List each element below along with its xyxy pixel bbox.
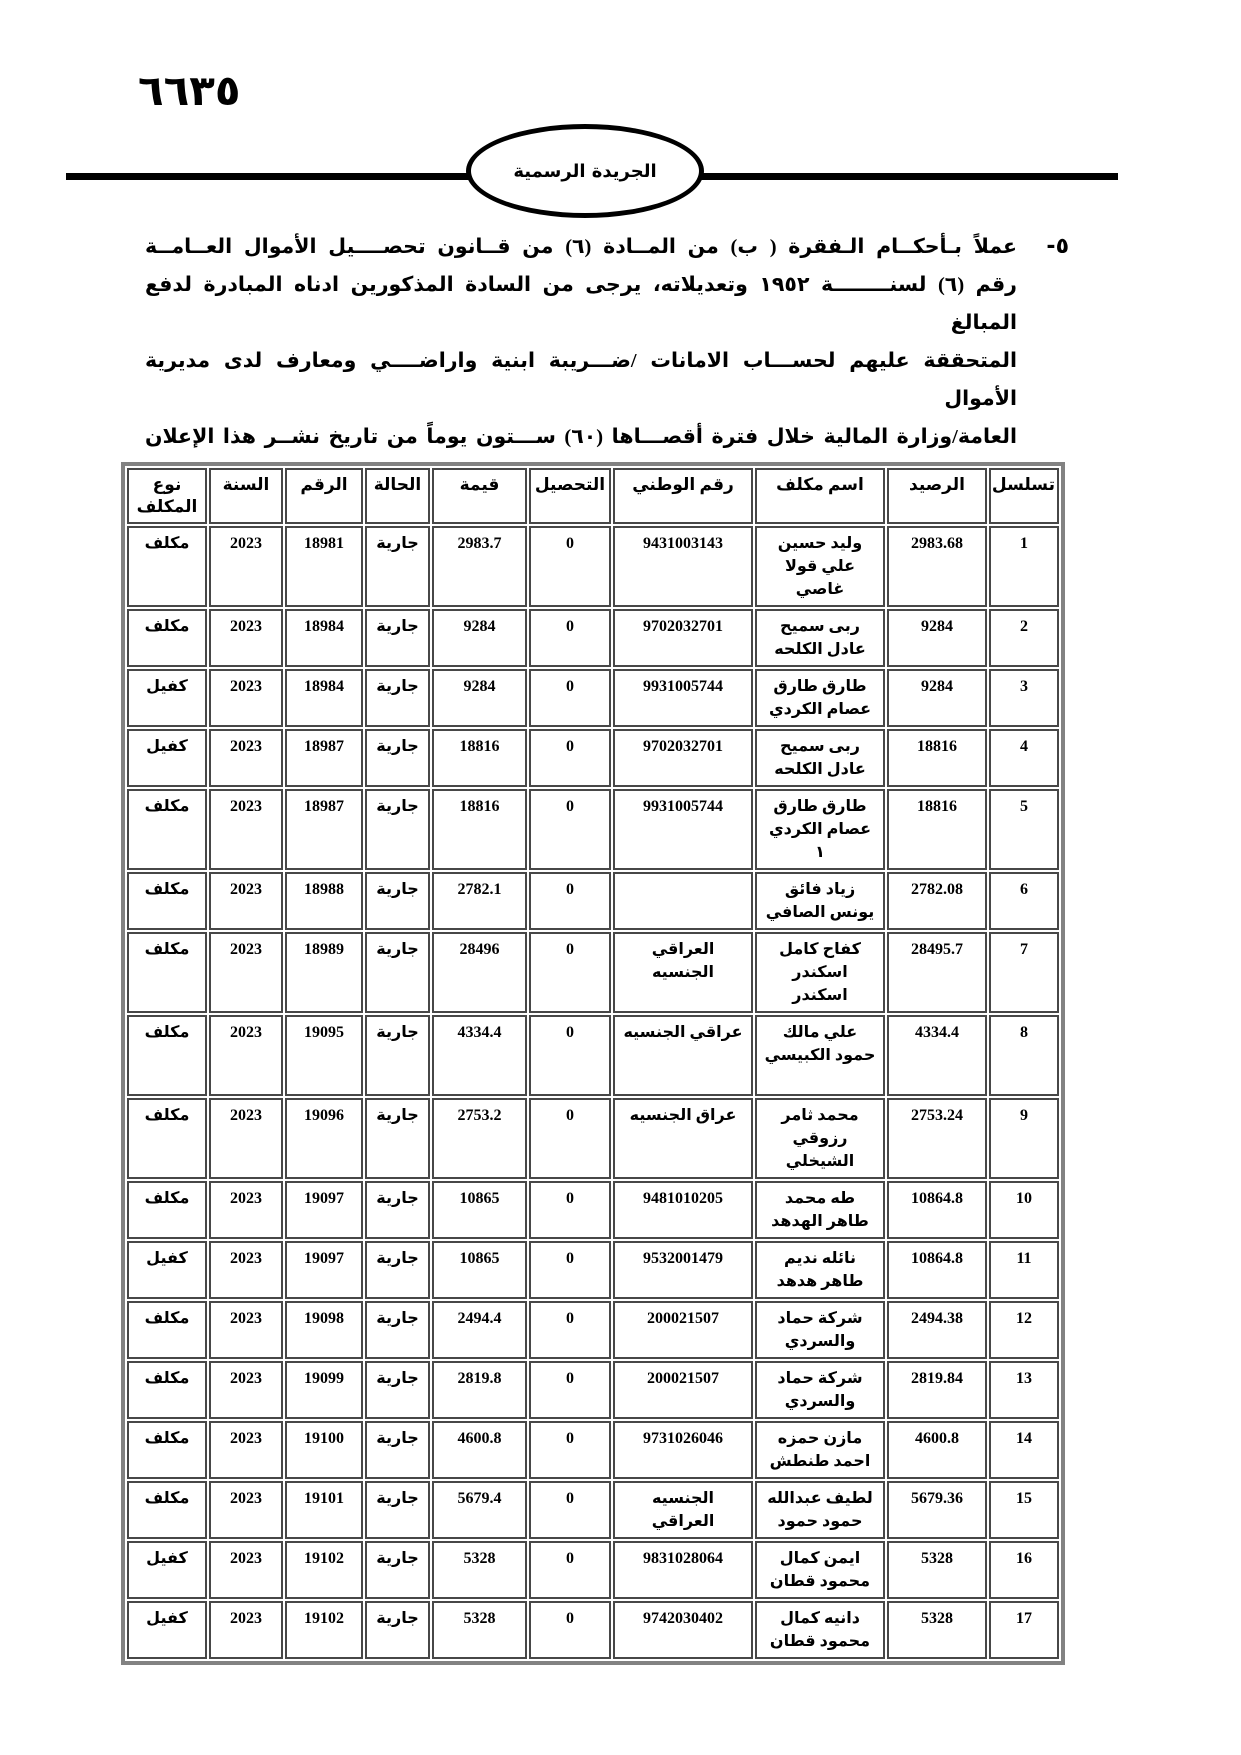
- cell-value: 4600.8: [432, 1421, 527, 1479]
- cell-serial: 5: [989, 789, 1059, 870]
- table-row: 518816طارق طارق عصام الكردي ١99310057440…: [127, 789, 1059, 870]
- cell-collection: 0: [529, 789, 611, 870]
- table-row: 418816ربى سميح عادل الكلحه97020327010188…: [127, 729, 1059, 787]
- cell-balance: 5328: [887, 1601, 987, 1659]
- cell-collection: 0: [529, 1601, 611, 1659]
- cell-national-id: 9481010205: [613, 1181, 753, 1239]
- cell-serial: 4: [989, 729, 1059, 787]
- cell-year: 2023: [209, 1541, 283, 1599]
- cell-number: 19099: [285, 1361, 363, 1419]
- cell-type: كفيل: [127, 729, 207, 787]
- cell-name: شركة حماد والسردي: [755, 1301, 885, 1359]
- cell-name: شركة حماد والسردي: [755, 1361, 885, 1419]
- cell-year: 2023: [209, 1421, 283, 1479]
- cell-type: كفيل: [127, 1601, 207, 1659]
- cell-type: مكلف: [127, 526, 207, 607]
- table-row: 62782.08زياد فائق يونس الصافي02782.1جاري…: [127, 872, 1059, 930]
- table-row: 728495.7كفاح كامل اسكندر اسكندرالعراقي ا…: [127, 932, 1059, 1013]
- cell-serial: 13: [989, 1361, 1059, 1419]
- table-row: 29284ربى سميح عادل الكلحه970203270109284…: [127, 609, 1059, 667]
- gazette-page: ٦٦٣٥ الجريدة الرسمية ٥- عملاً بـأحكــام …: [0, 0, 1241, 1755]
- cell-type: كفيل: [127, 669, 207, 727]
- cell-year: 2023: [209, 1481, 283, 1539]
- cell-name: طارق طارق عصام الكردي: [755, 669, 885, 727]
- cell-name: علي مالك حمود الكبيسي: [755, 1015, 885, 1096]
- table-row: 1110864.8نائله نديم طاهر هدهد95320014790…: [127, 1241, 1059, 1299]
- notice-line: رقم (٦) لسنــــــــة ١٩٥٢ وتعديلاته، يرج…: [145, 266, 1017, 342]
- cell-name: مازن حمزه احمد طنطش: [755, 1421, 885, 1479]
- cell-year: 2023: [209, 1601, 283, 1659]
- cell-year: 2023: [209, 526, 283, 607]
- cell-status: جارية: [365, 872, 430, 930]
- cell-value: 2819.8: [432, 1361, 527, 1419]
- gazette-title: الجريدة الرسمية: [513, 161, 656, 182]
- gazette-title-oval: الجريدة الرسمية: [466, 124, 704, 218]
- cell-number: 19097: [285, 1241, 363, 1299]
- cell-serial: 17: [989, 1601, 1059, 1659]
- cell-name: ربى سميح عادل الكلحه: [755, 609, 885, 667]
- cell-serial: 9: [989, 1098, 1059, 1179]
- cell-national-id: عراق الجنسيه: [613, 1098, 753, 1179]
- cell-number: 19097: [285, 1181, 363, 1239]
- cell-type: مكلف: [127, 1481, 207, 1539]
- cell-status: جارية: [365, 729, 430, 787]
- cell-serial: 10: [989, 1181, 1059, 1239]
- cell-collection: 0: [529, 1241, 611, 1299]
- cell-name: وليد حسين علي قولا غاصي: [755, 526, 885, 607]
- cell-serial: 14: [989, 1421, 1059, 1479]
- cell-serial: 8: [989, 1015, 1059, 1096]
- cell-collection: 0: [529, 932, 611, 1013]
- cell-national-id: 9931005744: [613, 789, 753, 870]
- cell-number: 18981: [285, 526, 363, 607]
- cell-status: جارية: [365, 669, 430, 727]
- cell-national-id: 9831028064: [613, 1541, 753, 1599]
- cell-serial: 3: [989, 669, 1059, 727]
- cell-balance: 9284: [887, 669, 987, 727]
- cell-type: كفيل: [127, 1241, 207, 1299]
- cell-status: جارية: [365, 1601, 430, 1659]
- cell-number: 18988: [285, 872, 363, 930]
- cell-national-id: 9742030402: [613, 1601, 753, 1659]
- cell-number: 18987: [285, 789, 363, 870]
- cell-type: مكلف: [127, 1015, 207, 1096]
- cell-balance: 2782.08: [887, 872, 987, 930]
- table-row: 92753.24محمد ثامر رزوقي الشيخليعراق الجن…: [127, 1098, 1059, 1179]
- cell-national-id: 9702032701: [613, 729, 753, 787]
- cell-status: جارية: [365, 1015, 430, 1096]
- table-row: 1010864.8طه محمد طاهر الهدهد948101020501…: [127, 1181, 1059, 1239]
- table-row: 84334.4علي مالك حمود الكبيسي عراقي الجنس…: [127, 1015, 1059, 1096]
- cell-balance: 2819.84: [887, 1361, 987, 1419]
- cell-serial: 6: [989, 872, 1059, 930]
- cell-number: 19098: [285, 1301, 363, 1359]
- cell-value: 2983.7: [432, 526, 527, 607]
- cell-value: 2494.4: [432, 1301, 527, 1359]
- table-row: 39284طارق طارق عصام الكردي99310057440928…: [127, 669, 1059, 727]
- cell-year: 2023: [209, 1361, 283, 1419]
- cell-collection: 0: [529, 1421, 611, 1479]
- cell-type: مكلف: [127, 1361, 207, 1419]
- cell-serial: 2: [989, 609, 1059, 667]
- cell-national-id: [613, 872, 753, 930]
- cell-value: 5679.4: [432, 1481, 527, 1539]
- cell-number: 19096: [285, 1098, 363, 1179]
- cell-collection: 0: [529, 1098, 611, 1179]
- cell-type: مكلف: [127, 932, 207, 1013]
- cell-year: 2023: [209, 1181, 283, 1239]
- cell-serial: 11: [989, 1241, 1059, 1299]
- cell-status: جارية: [365, 609, 430, 667]
- cell-status: جارية: [365, 1301, 430, 1359]
- cell-name: نائله نديم طاهر هدهد: [755, 1241, 885, 1299]
- cell-type: مكلف: [127, 1421, 207, 1479]
- table-row: 12983.68وليد حسين علي قولا غاصي943100314…: [127, 526, 1059, 607]
- table-row: 165328ايمن كمال محمود قطان98310280640532…: [127, 1541, 1059, 1599]
- cell-year: 2023: [209, 1015, 283, 1096]
- header-serial: تسلسل: [989, 468, 1059, 524]
- cell-serial: 12: [989, 1301, 1059, 1359]
- cell-national-id: 200021507: [613, 1361, 753, 1419]
- notice-line: المتحققة عليهم لحســـاب الامانات /ضـــري…: [145, 342, 1017, 418]
- cell-value: 9284: [432, 609, 527, 667]
- cell-national-id: 9431003143: [613, 526, 753, 607]
- cell-balance: 9284: [887, 609, 987, 667]
- cell-number: 18984: [285, 609, 363, 667]
- cell-national-id: عراقي الجنسيه: [613, 1015, 753, 1096]
- cell-value: 10865: [432, 1181, 527, 1239]
- cell-status: جارية: [365, 1361, 430, 1419]
- cell-name: كفاح كامل اسكندر اسكندر: [755, 932, 885, 1013]
- taxpayers-table: تسلسلالرصيداسم مكلفرقم الوطنيالتحصيلقيمة…: [121, 462, 1065, 1665]
- cell-value: 4334.4: [432, 1015, 527, 1096]
- header-type: نوع المكلف: [127, 468, 207, 524]
- cell-balance: 4600.8: [887, 1421, 987, 1479]
- cell-collection: 0: [529, 1481, 611, 1539]
- table-row: 122494.38شركة حماد والسردي20002150702494…: [127, 1301, 1059, 1359]
- cell-name: لطيف عبدالله حمود حمود: [755, 1481, 885, 1539]
- cell-name: محمد ثامر رزوقي الشيخلي: [755, 1098, 885, 1179]
- table-row: 175328دانيه كمال محمود قطان9742030402053…: [127, 1601, 1059, 1659]
- cell-year: 2023: [209, 1241, 283, 1299]
- cell-number: 19101: [285, 1481, 363, 1539]
- cell-national-id: 9731026046: [613, 1421, 753, 1479]
- cell-balance: 5679.36: [887, 1481, 987, 1539]
- cell-number: 19095: [285, 1015, 363, 1096]
- cell-balance: 18816: [887, 789, 987, 870]
- cell-number: 19102: [285, 1541, 363, 1599]
- cell-collection: 0: [529, 1361, 611, 1419]
- cell-year: 2023: [209, 789, 283, 870]
- notice-line: عملاً بـأحكــام الـفقرة ( ب) من المــادة…: [145, 228, 1017, 266]
- cell-name: دانيه كمال محمود قطان: [755, 1601, 885, 1659]
- cell-collection: 0: [529, 1181, 611, 1239]
- cell-national-id: العراقي الجنسيه: [613, 932, 753, 1013]
- cell-balance: 2753.24: [887, 1098, 987, 1179]
- cell-status: جارية: [365, 526, 430, 607]
- cell-type: كفيل: [127, 1541, 207, 1599]
- cell-number: 19102: [285, 1601, 363, 1659]
- cell-value: 9284: [432, 669, 527, 727]
- header-number: الرقم: [285, 468, 363, 524]
- cell-number: 18987: [285, 729, 363, 787]
- header-balance: الرصيد: [887, 468, 987, 524]
- cell-type: مكلف: [127, 872, 207, 930]
- cell-value: 2782.1: [432, 872, 527, 930]
- cell-serial: 16: [989, 1541, 1059, 1599]
- cell-collection: 0: [529, 526, 611, 607]
- cell-national-id: 200021507: [613, 1301, 753, 1359]
- cell-value: 18816: [432, 729, 527, 787]
- cell-balance: 4334.4: [887, 1015, 987, 1096]
- cell-year: 2023: [209, 729, 283, 787]
- cell-serial: 15: [989, 1481, 1059, 1539]
- cell-serial: 7: [989, 932, 1059, 1013]
- cell-status: جارية: [365, 932, 430, 1013]
- cell-name: طارق طارق عصام الكردي ١: [755, 789, 885, 870]
- cell-number: 18989: [285, 932, 363, 1013]
- cell-collection: 0: [529, 1541, 611, 1599]
- cell-value: 5328: [432, 1541, 527, 1599]
- cell-type: مكلف: [127, 609, 207, 667]
- cell-national-id: 9931005744: [613, 669, 753, 727]
- cell-type: مكلف: [127, 789, 207, 870]
- cell-status: جارية: [365, 1181, 430, 1239]
- header-year: السنة: [209, 468, 283, 524]
- cell-balance: 28495.7: [887, 932, 987, 1013]
- cell-collection: 0: [529, 1015, 611, 1096]
- cell-national-id: 9532001479: [613, 1241, 753, 1299]
- cell-status: جارية: [365, 789, 430, 870]
- cell-value: 18816: [432, 789, 527, 870]
- cell-collection: 0: [529, 1301, 611, 1359]
- cell-year: 2023: [209, 872, 283, 930]
- header-collection: التحصيل: [529, 468, 611, 524]
- cell-year: 2023: [209, 1301, 283, 1359]
- cell-status: جارية: [365, 1241, 430, 1299]
- table-row: 132819.84شركة حماد والسردي20002150702819…: [127, 1361, 1059, 1419]
- cell-collection: 0: [529, 609, 611, 667]
- cell-value: 10865: [432, 1241, 527, 1299]
- cell-type: مكلف: [127, 1181, 207, 1239]
- cell-status: جارية: [365, 1098, 430, 1179]
- cell-value: 28496: [432, 932, 527, 1013]
- cell-year: 2023: [209, 609, 283, 667]
- cell-year: 2023: [209, 1098, 283, 1179]
- cell-name: زياد فائق يونس الصافي: [755, 872, 885, 930]
- table-row: 155679.36لطيف عبدالله حمود حمودالجنسيه ا…: [127, 1481, 1059, 1539]
- cell-year: 2023: [209, 932, 283, 1013]
- cell-name: ربى سميح عادل الكلحه: [755, 729, 885, 787]
- cell-collection: 0: [529, 872, 611, 930]
- cell-year: 2023: [209, 669, 283, 727]
- cell-value: 5328: [432, 1601, 527, 1659]
- cell-type: مكلف: [127, 1301, 207, 1359]
- cell-name: طه محمد طاهر الهدهد: [755, 1181, 885, 1239]
- cell-balance: 2983.68: [887, 526, 987, 607]
- page-number: ٦٦٣٥: [138, 66, 241, 115]
- cell-name: ايمن كمال محمود قطان: [755, 1541, 885, 1599]
- cell-balance: 10864.8: [887, 1181, 987, 1239]
- header-national-id: رقم الوطني: [613, 468, 753, 524]
- cell-number: 19100: [285, 1421, 363, 1479]
- cell-collection: 0: [529, 669, 611, 727]
- cell-balance: 18816: [887, 729, 987, 787]
- header-value: قيمة: [432, 468, 527, 524]
- cell-value: 2753.2: [432, 1098, 527, 1179]
- cell-national-id: 9702032701: [613, 609, 753, 667]
- cell-number: 18984: [285, 669, 363, 727]
- cell-status: جارية: [365, 1481, 430, 1539]
- header-name: اسم مكلف: [755, 468, 885, 524]
- header-status: الحالة: [365, 468, 430, 524]
- cell-status: جارية: [365, 1421, 430, 1479]
- cell-balance: 2494.38: [887, 1301, 987, 1359]
- cell-serial: 1: [989, 526, 1059, 607]
- table-header-row: تسلسلالرصيداسم مكلفرقم الوطنيالتحصيلقيمة…: [127, 468, 1059, 524]
- cell-balance: 5328: [887, 1541, 987, 1599]
- cell-national-id: الجنسيه العراقي: [613, 1481, 753, 1539]
- cell-type: مكلف: [127, 1098, 207, 1179]
- cell-collection: 0: [529, 729, 611, 787]
- cell-status: جارية: [365, 1541, 430, 1599]
- cell-balance: 10864.8: [887, 1241, 987, 1299]
- table-row: 144600.8مازن حمزه احمد طنطش9731026046046…: [127, 1421, 1059, 1479]
